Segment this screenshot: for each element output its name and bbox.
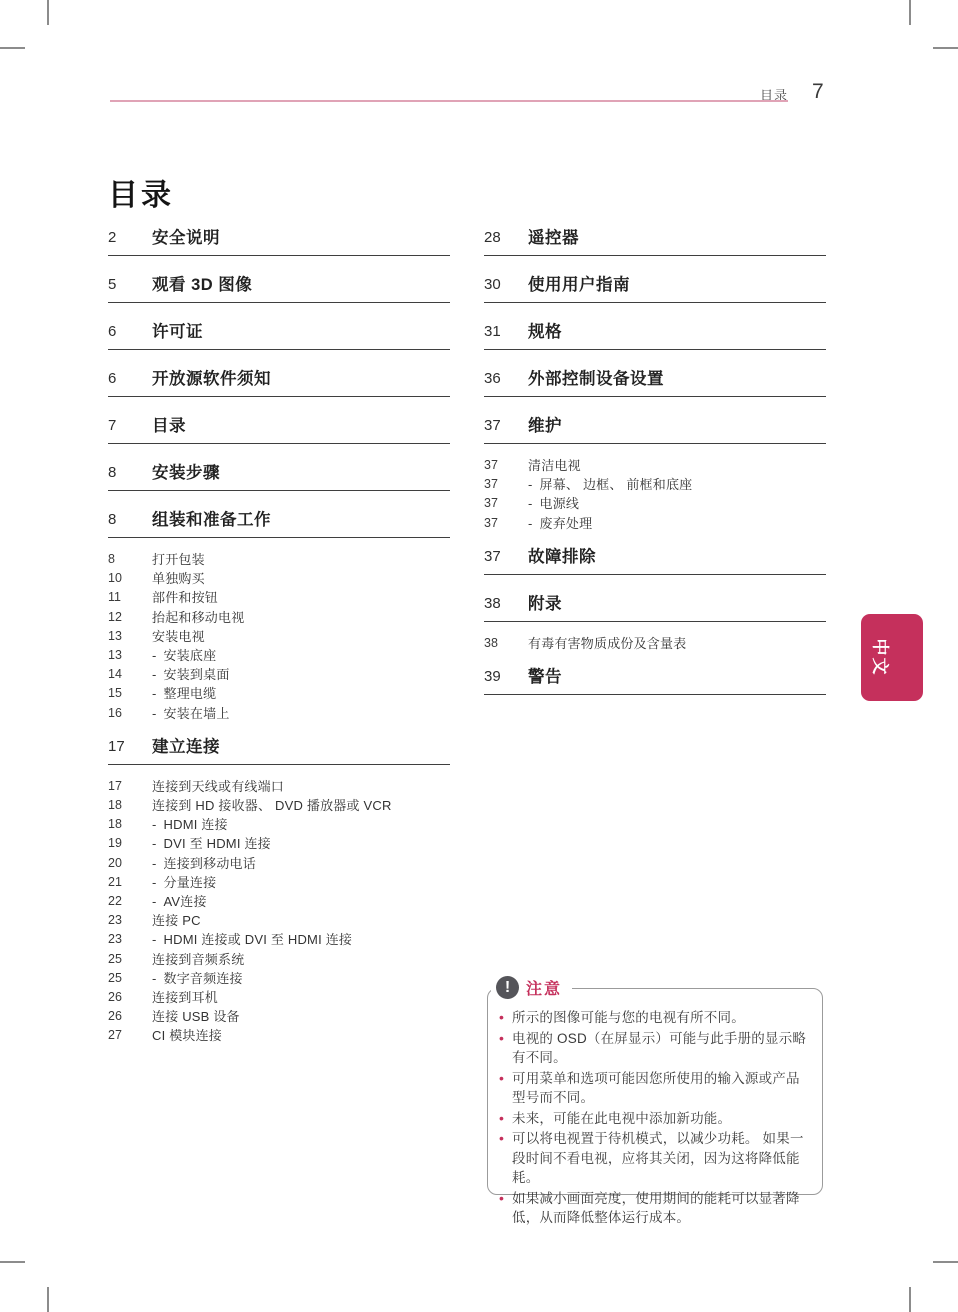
toc-item-row: 23-HDMI 连接或 DVI 至 HDMI 连接 (108, 930, 450, 949)
toc-section-page-number: 38 (484, 594, 528, 614)
toc-item-text: AV连接 (164, 894, 207, 909)
toc-section-page-number: 37 (484, 416, 528, 436)
toc-item-label: 有毒有害物质成份及含量表 (528, 634, 686, 653)
toc-section-page-number: 6 (108, 369, 152, 389)
dash-prefix: - (152, 648, 157, 663)
toc-item-page-number: 17 (108, 777, 152, 796)
toc-section: 6许可证 (108, 322, 450, 350)
toc-section: 37故障排除 (484, 547, 826, 575)
toc-item-row: 22-AV连接 (108, 892, 450, 911)
toc-section-row: 2安全说明 (108, 228, 450, 256)
toc-item-page-number: 37 (484, 456, 528, 475)
dash-prefix: - (152, 971, 157, 986)
dash-prefix: - (152, 932, 157, 947)
toc-item-row: 12抬起和移动电视 (108, 608, 450, 627)
toc-section: 38附录38有毒有害物质成份及含量表 (484, 594, 826, 653)
toc-item-label: 抬起和移动电视 (152, 608, 244, 627)
toc-item-text: 数字音频连接 (164, 971, 243, 986)
toc-item-row: 10单独购买 (108, 569, 450, 588)
toc-section-title: 许可证 (152, 322, 203, 342)
toc-item-text: 连接到天线或有线端口 (152, 779, 284, 794)
toc-item-text: 废弃处理 (540, 516, 593, 531)
toc-item-row: 26连接到耳机 (108, 988, 450, 1007)
toc-item-label: 连接到耳机 (152, 988, 218, 1007)
toc-item-row: 15-整理电缆 (108, 684, 450, 703)
toc-item-row: 26连接 USB 设备 (108, 1007, 450, 1026)
dash-prefix: - (528, 516, 533, 531)
toc-section-row: 30使用用户指南 (484, 275, 826, 303)
toc-item-page-number: 21 (108, 873, 152, 892)
toc-item-text: 安装电视 (152, 629, 205, 644)
toc-subitem-list: 38有毒有害物质成份及含量表 (484, 628, 826, 653)
dash-prefix: - (528, 477, 533, 492)
toc-subitem-list: 37清洁电视37-屏幕、 边框、 前框和底座37-电源线37-废弃处理 (484, 450, 826, 533)
toc-item-label: 单独购买 (152, 569, 205, 588)
toc-section: 17建立连接17连接到天线或有线端口18连接到 HD 接收器、 DVD 播放器或… (108, 737, 450, 1046)
toc-item-page-number: 19 (108, 834, 152, 853)
toc-item-label: 部件和按钮 (152, 588, 218, 607)
note-title: 注意 (526, 976, 562, 999)
toc-item-row: 37-电源线 (484, 494, 826, 513)
toc-section-row: 31规格 (484, 322, 826, 350)
toc-item-page-number: 22 (108, 892, 152, 911)
toc-item-label: -整理电缆 (152, 684, 216, 703)
toc-section-row: 6开放源软件须知 (108, 369, 450, 397)
toc-section: 2安全说明 (108, 228, 450, 256)
toc-item-row: 20-连接到移动电话 (108, 854, 450, 873)
toc-section-row: 7目录 (108, 416, 450, 444)
toc-item-page-number: 10 (108, 569, 152, 588)
toc-item-row: 18连接到 HD 接收器、 DVD 播放器或 VCR (108, 796, 450, 815)
dash-prefix: - (152, 706, 157, 721)
toc-section-page-number: 5 (108, 275, 152, 295)
toc-section-row: 5观看 3D 图像 (108, 275, 450, 303)
toc-item-text: 单独购买 (152, 571, 205, 586)
toc-item-page-number: 20 (108, 854, 152, 873)
toc-item-page-number: 25 (108, 969, 152, 988)
toc-item-row: 23连接 PC (108, 911, 450, 930)
running-header-page-number: 7 (812, 80, 824, 104)
manual-toc-page: { "header": { "section_label": "目录", "pa… (0, 0, 958, 1312)
crop-mark-bottom-left-vertical (47, 1287, 49, 1312)
toc-item-page-number: 13 (108, 646, 152, 665)
toc-section-page-number: 28 (484, 228, 528, 248)
toc-section: 5观看 3D 图像 (108, 275, 450, 303)
toc-item-text: 连接到耳机 (152, 990, 218, 1005)
toc-item-text: 安装到桌面 (164, 667, 230, 682)
toc-item-label: -HDMI 连接 (152, 815, 228, 834)
toc-item-label: CI 模块连接 (152, 1026, 222, 1045)
toc-item-text: HDMI 连接 (164, 817, 228, 832)
toc-item-row: 38有毒有害物质成份及含量表 (484, 634, 826, 653)
note-bullet-list: 所示的图像可能与您的电视有所不同。电视的 OSD（在屏显示）可能与此手册的显示略… (497, 1008, 812, 1228)
toc-section-page-number: 30 (484, 275, 528, 295)
note-body: 所示的图像可能与您的电视有所不同。电视的 OSD（在屏显示）可能与此手册的显示略… (488, 989, 822, 1228)
language-tab-label: 中文 (870, 639, 895, 677)
dash-prefix: - (152, 875, 157, 890)
toc-section: 39警告 (484, 667, 826, 695)
toc-item-row: 18-HDMI 连接 (108, 815, 450, 834)
toc-section-page-number: 37 (484, 547, 528, 567)
toc-item-row: 27CI 模块连接 (108, 1026, 450, 1045)
toc-item-text: 连接到音频系统 (152, 952, 244, 967)
exclamation-icon: ! (496, 976, 519, 999)
toc-item-page-number: 37 (484, 494, 528, 513)
toc-item-label: -废弃处理 (528, 514, 592, 533)
toc-item-label: 连接到 HD 接收器、 DVD 播放器或 VCR (152, 796, 392, 815)
toc-item-text: HDMI 连接或 DVI 至 HDMI 连接 (164, 932, 353, 947)
toc-item-page-number: 12 (108, 608, 152, 627)
toc-section-row: 6许可证 (108, 322, 450, 350)
toc-item-label: 连接 USB 设备 (152, 1007, 240, 1026)
note-bullet: 电视的 OSD（在屏显示）可能与此手册的显示略有不同。 (497, 1029, 812, 1068)
toc-item-page-number: 18 (108, 796, 152, 815)
note-box: ! 注意 所示的图像可能与您的电视有所不同。电视的 OSD（在屏显示）可能与此手… (487, 988, 823, 1195)
toc-item-row: 37-废弃处理 (484, 514, 826, 533)
dash-prefix: - (152, 894, 157, 909)
toc-item-text: DVI 至 HDMI 连接 (164, 836, 271, 851)
toc-section: 28遥控器 (484, 228, 826, 256)
toc-item-label: -电源线 (528, 494, 579, 513)
toc-section-title: 警告 (528, 667, 562, 687)
toc-item-text: 抬起和移动电视 (152, 610, 244, 625)
language-tab: 中文 (861, 614, 923, 701)
toc-section: 6开放源软件须知 (108, 369, 450, 397)
toc-item-label: -屏幕、 边框、 前框和底座 (528, 475, 692, 494)
toc-item-page-number: 37 (484, 475, 528, 494)
note-bullet: 未来，可能在此电视中添加新功能。 (497, 1109, 812, 1129)
toc-item-label: 安装电视 (152, 627, 205, 646)
toc-section-row: 37故障排除 (484, 547, 826, 575)
crop-mark-top-left-vertical (47, 0, 49, 25)
toc-item-page-number: 23 (108, 911, 152, 930)
toc-section-page-number: 17 (108, 737, 152, 757)
language-tab-label-wrap: 中文 (861, 614, 903, 701)
toc-item-page-number: 16 (108, 704, 152, 723)
dash-prefix: - (152, 686, 157, 701)
page-title: 目录 (108, 170, 174, 214)
crop-mark-bottom-left-horizontal (0, 1261, 25, 1263)
toc-section: 37维护37清洁电视37-屏幕、 边框、 前框和底座37-电源线37-废弃处理 (484, 416, 826, 533)
toc-item-row: 8打开包装 (108, 550, 450, 569)
toc-section: 8组装和准备工作8打开包装10单独购买11部件和按钮12抬起和移动电视13安装电… (108, 510, 450, 723)
crop-mark-top-left-horizontal (0, 47, 25, 49)
toc-section-page-number: 6 (108, 322, 152, 342)
dash-prefix: - (152, 667, 157, 682)
toc-item-text: 电源线 (540, 496, 580, 511)
toc-subitem-list: 17连接到天线或有线端口18连接到 HD 接收器、 DVD 播放器或 VCR18… (108, 771, 450, 1046)
toc-section: 8安装步骤 (108, 463, 450, 491)
toc-item-row: 17连接到天线或有线端口 (108, 777, 450, 796)
toc-item-row: 13-安装底座 (108, 646, 450, 665)
toc-section-row: 28遥控器 (484, 228, 826, 256)
toc-item-page-number: 13 (108, 627, 152, 646)
toc-section-row: 8组装和准备工作 (108, 510, 450, 538)
toc-section-page-number: 8 (108, 463, 152, 483)
toc-item-row: 37清洁电视 (484, 456, 826, 475)
toc-item-text: 打开包装 (152, 552, 205, 567)
toc-section-title: 建立连接 (152, 737, 220, 757)
toc-section-title: 目录 (152, 416, 186, 436)
toc-item-row: 16-安装在墙上 (108, 704, 450, 723)
toc-section-row: 37维护 (484, 416, 826, 444)
dash-prefix: - (152, 817, 157, 832)
toc-section-title: 外部控制设备设置 (528, 369, 664, 389)
toc-item-text: 整理电缆 (164, 686, 217, 701)
toc-item-page-number: 11 (108, 588, 152, 607)
note-header: ! 注意 (491, 976, 572, 999)
toc-item-label: -连接到移动电话 (152, 854, 256, 873)
toc-section-title: 安装步骤 (152, 463, 220, 483)
toc-item-text: 安装底座 (164, 648, 217, 663)
toc-section-title: 使用用户指南 (528, 275, 630, 295)
toc-section-title: 遥控器 (528, 228, 579, 248)
toc-item-page-number: 23 (108, 930, 152, 949)
toc-section: 7目录 (108, 416, 450, 444)
note-bullet: 所示的图像可能与您的电视有所不同。 (497, 1008, 812, 1028)
toc-section-page-number: 39 (484, 667, 528, 687)
toc-section-title: 维护 (528, 416, 562, 436)
toc-item-label: -安装在墙上 (152, 704, 230, 723)
toc-section-page-number: 36 (484, 369, 528, 389)
toc-section-title: 开放源软件须知 (152, 369, 271, 389)
toc-section: 30使用用户指南 (484, 275, 826, 303)
toc-item-row: 13安装电视 (108, 627, 450, 646)
toc-item-label: -安装到桌面 (152, 665, 230, 684)
toc-section-page-number: 31 (484, 322, 528, 342)
toc-item-page-number: 26 (108, 988, 152, 1007)
toc-section-page-number: 7 (108, 416, 152, 436)
note-bullet: 可以将电视置于待机模式，以减少功耗。 如果一段时间不看电视，应将其关闭，因为这将… (497, 1129, 812, 1188)
toc-item-label: -分量连接 (152, 873, 216, 892)
running-header-rule (110, 100, 788, 102)
toc-section-title: 组装和准备工作 (152, 510, 271, 530)
toc-item-page-number: 38 (484, 634, 528, 653)
toc-item-page-number: 18 (108, 815, 152, 834)
toc-item-row: 14-安装到桌面 (108, 665, 450, 684)
toc-item-page-number: 14 (108, 665, 152, 684)
toc-item-text: 部件和按钮 (152, 590, 218, 605)
toc-item-row: 11部件和按钮 (108, 588, 450, 607)
toc-item-page-number: 8 (108, 550, 152, 569)
toc-section-row: 8安装步骤 (108, 463, 450, 491)
toc-section-title: 观看 3D 图像 (152, 275, 252, 295)
toc-item-text: 安装在墙上 (164, 706, 230, 721)
toc-section-page-number: 2 (108, 228, 152, 248)
toc-item-row: 25-数字音频连接 (108, 969, 450, 988)
toc-section: 31规格 (484, 322, 826, 350)
dash-prefix: - (152, 836, 157, 851)
toc-item-label: -DVI 至 HDMI 连接 (152, 834, 271, 853)
toc-item-label: -安装底座 (152, 646, 216, 665)
toc-section-title: 附录 (528, 594, 562, 614)
toc-item-row: 19-DVI 至 HDMI 连接 (108, 834, 450, 853)
dash-prefix: - (152, 856, 157, 871)
note-bullet: 可用菜单和选项可能因您所使用的输入源或产品型号而不同。 (497, 1069, 812, 1108)
toc-item-label: 连接到音频系统 (152, 950, 244, 969)
toc-item-text: 屏幕、 边框、 前框和底座 (540, 477, 693, 492)
toc-item-label: 连接到天线或有线端口 (152, 777, 284, 796)
toc-item-row: 21-分量连接 (108, 873, 450, 892)
toc-section-row: 36外部控制设备设置 (484, 369, 826, 397)
toc-item-text: CI 模块连接 (152, 1028, 222, 1043)
toc-item-text: 有毒有害物质成份及含量表 (528, 636, 686, 651)
toc-item-label: 打开包装 (152, 550, 205, 569)
toc-column-right: 28遥控器30使用用户指南31规格36外部控制设备设置37维护37清洁电视37-… (484, 228, 826, 714)
note-bullet: 如果减小画面亮度，使用期间的能耗可以显著降低，从而降低整体运行成本。 (497, 1189, 812, 1228)
toc-section-title: 规格 (528, 322, 562, 342)
toc-section-row: 39警告 (484, 667, 826, 695)
toc-column-left: 2安全说明5观看 3D 图像6许可证6开放源软件须知7目录8安装步骤8组装和准备… (108, 228, 450, 1060)
toc-item-text: 分量连接 (164, 875, 217, 890)
crop-mark-bottom-right-horizontal (933, 1261, 958, 1263)
toc-section-page-number: 8 (108, 510, 152, 530)
toc-item-page-number: 15 (108, 684, 152, 703)
toc-item-page-number: 25 (108, 950, 152, 969)
toc-item-row: 25连接到音频系统 (108, 950, 450, 969)
toc-item-label: -数字音频连接 (152, 969, 243, 988)
toc-item-label: -AV连接 (152, 892, 207, 911)
toc-item-label: 清洁电视 (528, 456, 581, 475)
toc-section-row: 17建立连接 (108, 737, 450, 765)
toc-item-label: 连接 PC (152, 911, 201, 930)
dash-prefix: - (528, 496, 533, 511)
toc-section-row: 38附录 (484, 594, 826, 622)
toc-item-text: 清洁电视 (528, 458, 581, 473)
toc-item-row: 37-屏幕、 边框、 前框和底座 (484, 475, 826, 494)
toc-item-text: 连接到 HD 接收器、 DVD 播放器或 VCR (152, 798, 392, 813)
toc-section-title: 故障排除 (528, 547, 596, 567)
toc-item-page-number: 37 (484, 514, 528, 533)
toc-item-page-number: 26 (108, 1007, 152, 1026)
toc-item-page-number: 27 (108, 1026, 152, 1045)
toc-item-text: 连接到移动电话 (164, 856, 256, 871)
toc-section-title: 安全说明 (152, 228, 220, 248)
crop-mark-top-right-vertical (909, 0, 911, 25)
toc-item-label: -HDMI 连接或 DVI 至 HDMI 连接 (152, 930, 352, 949)
toc-item-text: 连接 PC (152, 913, 201, 928)
crop-mark-bottom-right-vertical (909, 1287, 911, 1312)
crop-mark-top-right-horizontal (933, 47, 958, 49)
toc-item-text: 连接 USB 设备 (152, 1009, 240, 1024)
toc-section: 36外部控制设备设置 (484, 369, 826, 397)
toc-subitem-list: 8打开包装10单独购买11部件和按钮12抬起和移动电视13安装电视13-安装底座… (108, 544, 450, 723)
